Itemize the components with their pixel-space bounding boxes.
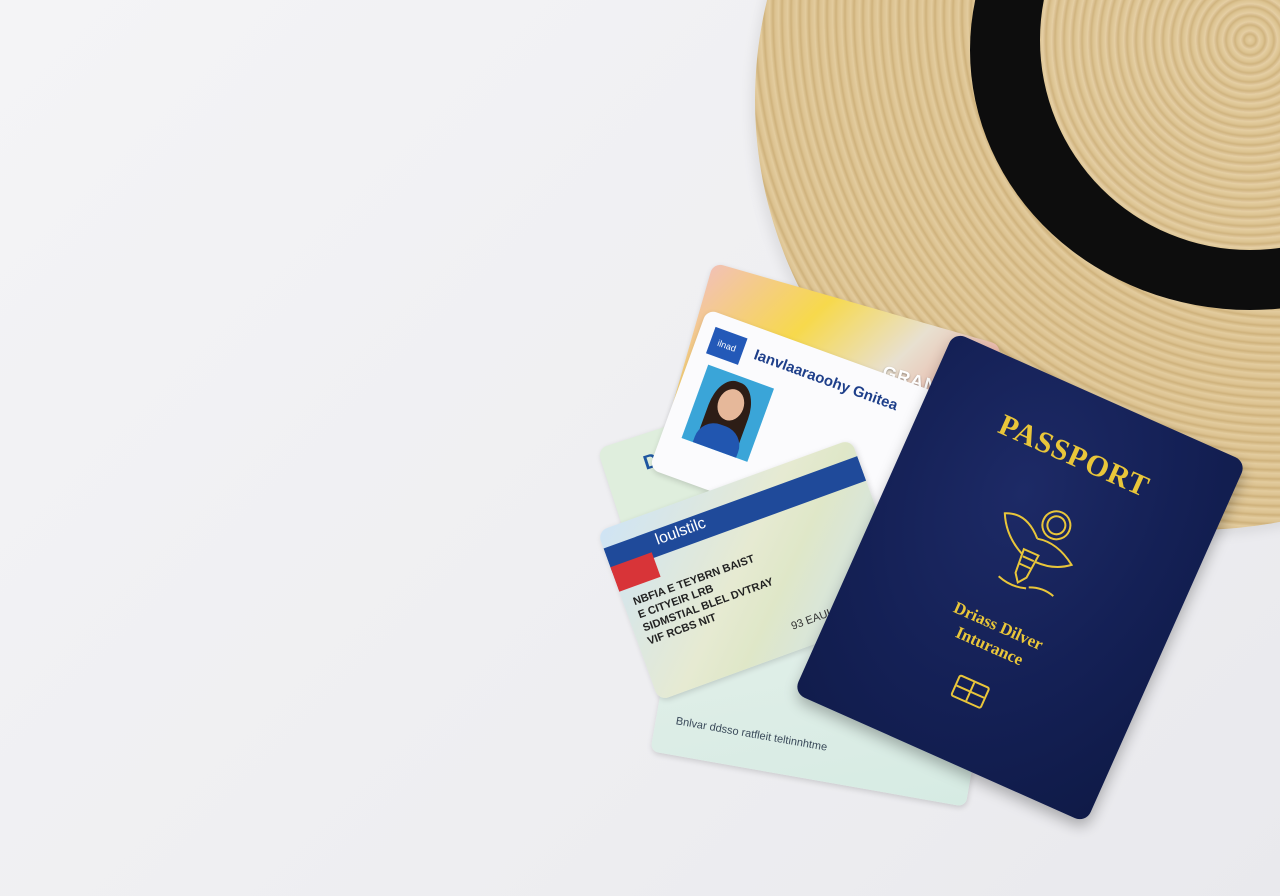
id-photo [682,365,774,462]
map-caption: Bnlvar ddsso ratfleit teltinnhtme [675,715,828,753]
map-card-text-block: NBFIA E TEYBRN BAIST E CITYEIR LRB SIDMS… [631,541,801,648]
id-logo-icon: ilnad [706,327,748,365]
eagle-seal-icon [963,482,1099,623]
biometric-chip-icon [950,674,991,710]
